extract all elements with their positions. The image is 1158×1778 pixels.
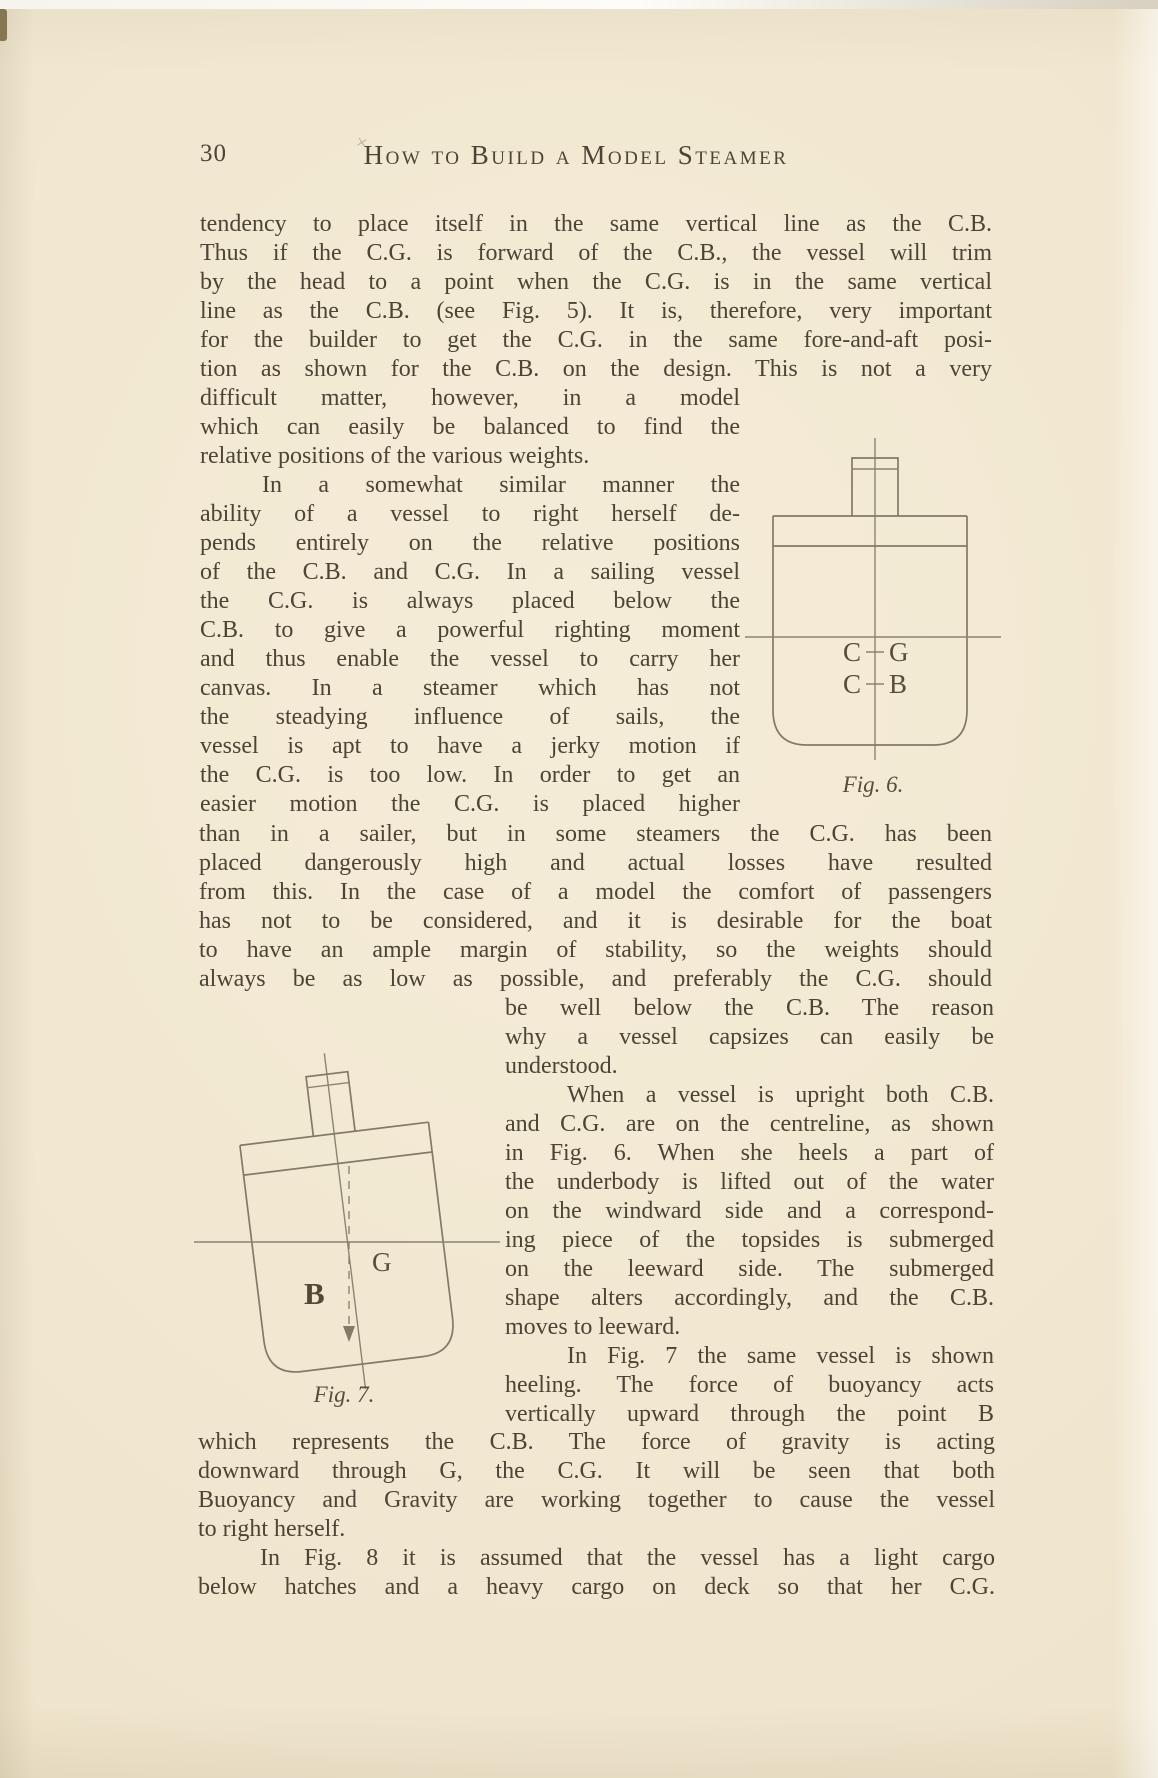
text-line: ability of a vessel to right herself de- <box>200 500 740 529</box>
text-line: canvas. In a steamer which has not <box>200 674 740 703</box>
fig7-label-b: B <box>304 1276 325 1311</box>
text-line: than in a sailer, but in some steamers t… <box>199 820 992 849</box>
text-line: by the head to a point when the C.G. is … <box>200 268 992 297</box>
fig6-hull-outline <box>773 516 967 745</box>
text-line: Thus if the C.G. is forward of the C.B.,… <box>200 239 992 268</box>
text-line: on the windward side and a correspond- <box>505 1197 994 1226</box>
fig7-label-g: G <box>372 1247 392 1277</box>
text-line: to right herself. <box>198 1515 995 1544</box>
running-title: How to Build a Model Steamer <box>290 140 862 171</box>
text-line: placed dangerously high and actual losse… <box>199 849 992 878</box>
paragraph-block-top-full: tendency to place itself in the same ver… <box>200 210 992 384</box>
text-line: In Fig. 8 it is assumed that the vessel … <box>198 1544 995 1573</box>
text-line: ing piece of the topsides is submerged <box>505 1226 994 1255</box>
paragraph-block-middle-full: than in a sailer, but in some steamers t… <box>199 820 992 994</box>
paragraph-block-right-column: be well below the C.B. The reasonwhy a v… <box>505 994 994 1429</box>
figure-7-heeling-hull-diagram: G B Fig. 7. <box>192 1038 507 1410</box>
text-line: which represents the C.B. The force of g… <box>198 1428 995 1457</box>
text-line: heeling. The force of buoyancy acts <box>505 1371 994 1400</box>
fig7-tilted-hull-group <box>230 1042 460 1401</box>
fig7-caption: Fig. 7. <box>313 1382 375 1407</box>
text-line: difficult matter, however, in a model <box>200 384 740 413</box>
text-line: pends entirely on the relative positions <box>200 529 740 558</box>
text-line: in Fig. 6. When she heels a part of <box>505 1139 994 1168</box>
text-line: shape alters accordingly, and the C.B. <box>505 1284 994 1313</box>
text-line: Buoyancy and Gravity are working togethe… <box>198 1486 995 1515</box>
text-line: and C.G. are on the centreline, as shown <box>505 1110 994 1139</box>
text-line: In Fig. 7 the same vessel is shown <box>505 1342 994 1371</box>
fig6-label-b: B <box>889 669 907 699</box>
text-line: to have an ample margin of stability, so… <box>199 936 992 965</box>
text-line: the steadying influence of sails, the <box>200 703 740 732</box>
text-line: line as the C.B. (see Fig. 5). It is, th… <box>200 297 992 326</box>
paragraph-block-left-column: difficult matter, however, in a modelwhi… <box>200 384 740 819</box>
scan-edge-notch <box>0 9 7 41</box>
text-line: for the builder to get the C.G. in the s… <box>200 326 992 355</box>
text-line: and thus enable the vessel to carry her <box>200 645 740 674</box>
text-line: tendency to place itself in the same ver… <box>200 210 992 239</box>
text-line: tion as shown for the C.B. on the design… <box>200 355 992 384</box>
page-header: 30 How to Build a Model Steamer <box>200 140 992 174</box>
text-line: always be as low as possible, and prefer… <box>199 965 992 994</box>
text-line: has not to be considered, and it is desi… <box>199 907 992 936</box>
scan-edge-top <box>0 0 1158 9</box>
text-line: the underbody is lifted out of the water <box>505 1168 994 1197</box>
text-line: relative positions of the various weight… <box>200 442 740 471</box>
book-page-scan: × 30 How to Build a Model Steamer tenden… <box>0 0 1158 1778</box>
text-line: the C.G. is too low. In order to get an <box>200 761 740 790</box>
text-line: be well below the C.B. The reason <box>505 994 994 1023</box>
text-line: downward through G, the C.G. It will be … <box>198 1457 995 1486</box>
text-line: the C.G. is always placed below the <box>200 587 740 616</box>
text-line: moves to leeward. <box>505 1313 994 1342</box>
text-line: of the C.B. and C.G. In a sailing vessel <box>200 558 740 587</box>
fig6-label-c-upper: C <box>843 637 861 667</box>
text-line: from this. In the case of a model the co… <box>199 878 992 907</box>
text-line: which can easily be balanced to find the <box>200 413 740 442</box>
text-line: vessel is apt to have a jerky motion if <box>200 732 740 761</box>
text-line: below hatches and a heavy cargo on deck … <box>198 1573 995 1602</box>
fig6-label-c-lower: C <box>843 669 861 699</box>
text-line: When a vessel is upright both C.B. <box>505 1081 994 1110</box>
text-line: on the leeward side. The submerged <box>505 1255 994 1284</box>
figure-6-upright-hull-diagram: C G C B Fig. 6. <box>743 418 1005 803</box>
fig7-down-arrowhead <box>343 1326 355 1342</box>
text-line: C.B. to give a powerful righting moment <box>200 616 740 645</box>
text-line: understood. <box>505 1052 994 1081</box>
page-number: 30 <box>200 140 227 168</box>
text-line: easier motion the C.G. is placed higher <box>200 790 740 819</box>
fig7-centerline <box>324 1053 365 1388</box>
text-line: why a vessel capsizes can easily be <box>505 1023 994 1052</box>
fig6-label-g: G <box>889 637 909 667</box>
text-line: In a somewhat similar manner the <box>200 471 740 500</box>
text-line: vertically upward through the point B <box>505 1400 994 1429</box>
paragraph-block-bottom-full: which represents the C.B. The force of g… <box>198 1428 995 1602</box>
fig6-caption: Fig. 6. <box>842 772 904 797</box>
